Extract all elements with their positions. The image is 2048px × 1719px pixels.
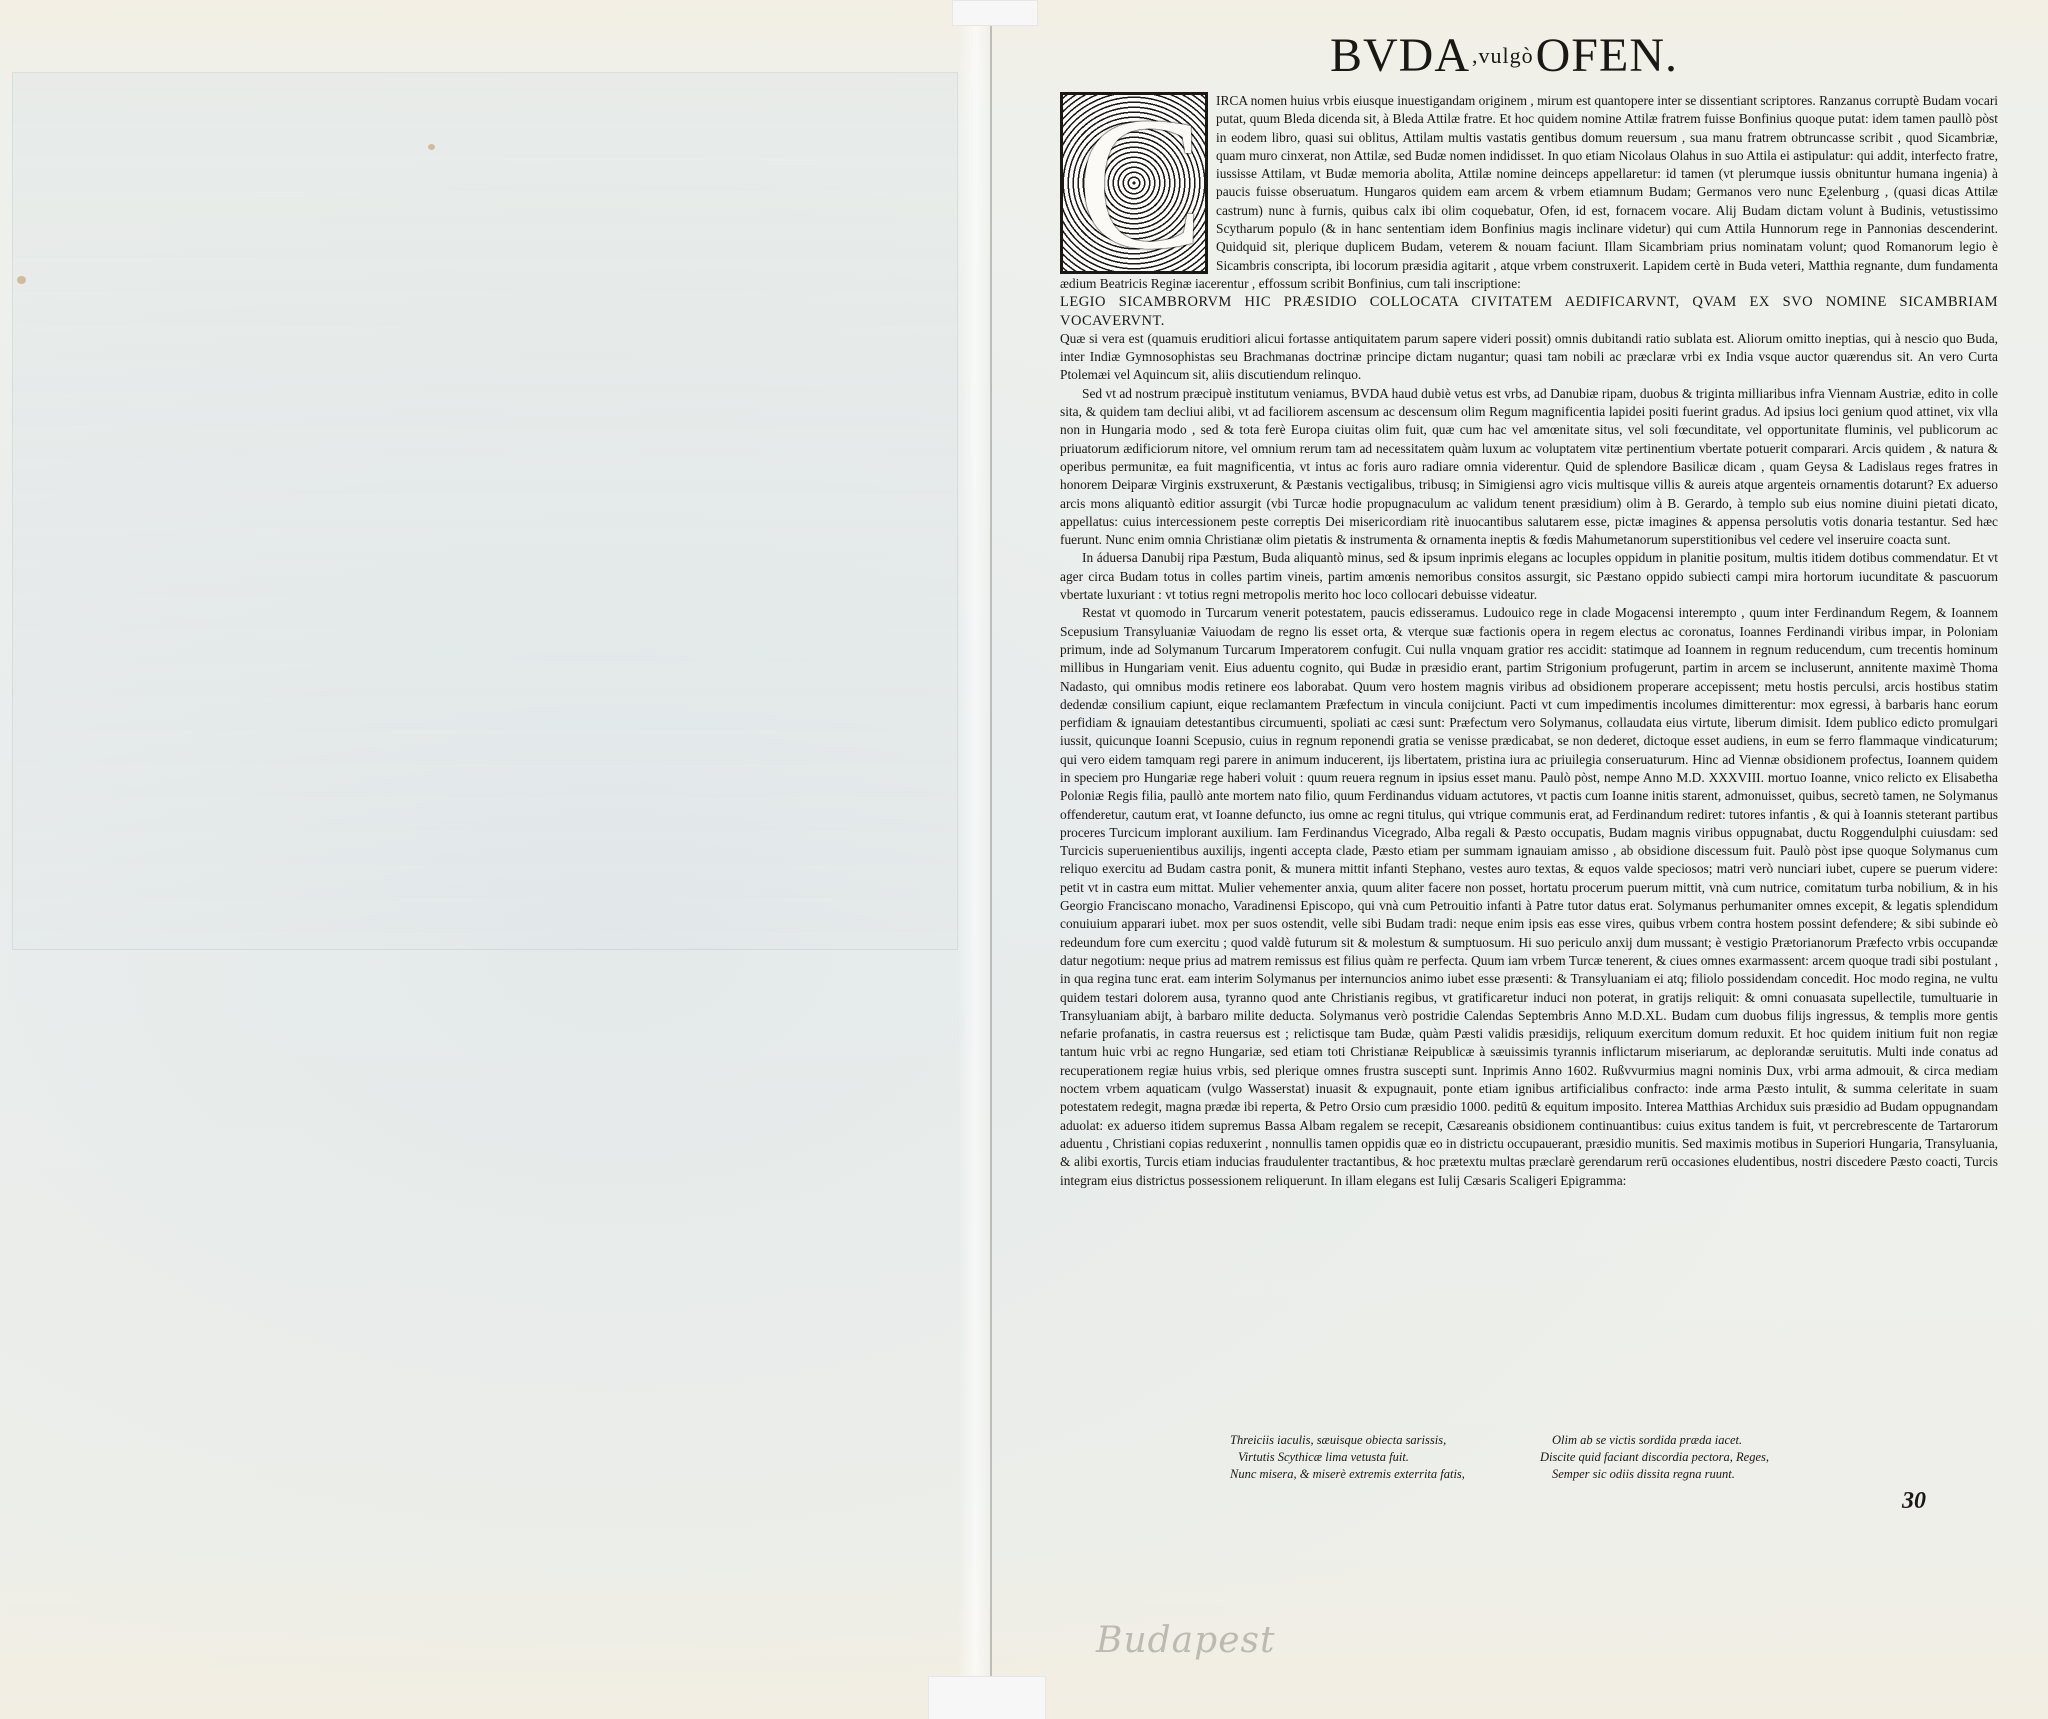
epigram-line: Virtutis Scythicæ lima vetusta fuit.	[1230, 1449, 1500, 1466]
epigram-line: Semper sic odiis dissita regna ruunt.	[1540, 1466, 1810, 1483]
center-fold-band	[958, 0, 992, 1719]
epigram-left-column: Threiciis iaculis, sæuisque obiecta sari…	[1230, 1432, 1500, 1483]
main-text: C IRCA nomen huius vrbis eiusque inuesti…	[1060, 92, 1998, 1190]
epigram-line: Olim ab se victis sordida præda iacet.	[1540, 1432, 1810, 1449]
title-buda: BVDA	[1330, 29, 1470, 82]
left-page-blank-verso	[0, 0, 968, 1719]
foxing-spot	[17, 276, 26, 284]
title-vulgo: ,vulgò	[1472, 43, 1534, 68]
paragraph-5: Restat vt quomodo in Turcarum venerit po…	[1060, 604, 1998, 1190]
title-ofen: OFEN.	[1536, 29, 1678, 82]
page-title: BVDA,vulgòOFEN.	[1330, 28, 1678, 83]
center-fold-line	[990, 0, 992, 1719]
foxing-spot	[428, 144, 435, 150]
paragraph-2: Quæ si vera est (quamuis eruditiori alic…	[1060, 330, 1998, 385]
epigram-right-column: Olim ab se victis sordida præda iacet. D…	[1540, 1432, 1810, 1483]
show-through-plate-area	[12, 72, 958, 950]
paragraph-4: In áduersa Danubij ripa Pæstum, Buda ali…	[1060, 549, 1998, 604]
epigram-line: Nunc misera, & miserè extremis exterrita…	[1230, 1466, 1500, 1483]
paragraph-3: Sed vt ad nostrum præcipuè institutum ve…	[1060, 385, 1998, 550]
tape-top	[952, 0, 1038, 26]
pencil-annotation: Budapest	[1096, 1620, 1275, 1661]
initial-letter: C	[1077, 89, 1204, 279]
page-number: 30	[1902, 1488, 1926, 1515]
roman-inscription: LEGIO SICAMBRORVM HIC PRÆSIDIO COLLOCATA…	[1060, 293, 1998, 330]
right-page-text: BVDA,vulgòOFEN. C IRCA nomen huius vrbis…	[1060, 0, 2020, 1719]
epigram-line: Threiciis iaculis, sæuisque obiecta sari…	[1230, 1432, 1500, 1449]
decorated-initial-c: C	[1060, 92, 1208, 274]
epigram-line: Discite quid faciant discordia pectora, …	[1540, 1449, 1810, 1466]
tape-bottom	[928, 1676, 1046, 1719]
